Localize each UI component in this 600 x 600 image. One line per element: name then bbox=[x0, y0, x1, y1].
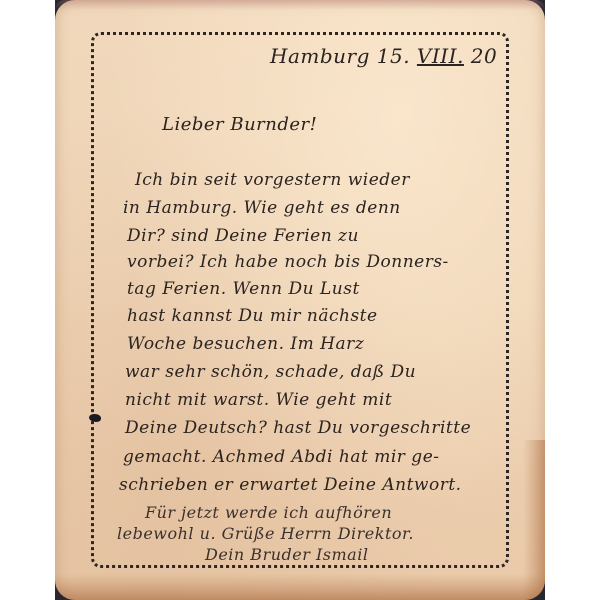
closing-line: lebewohl u. Grüße Herrn Direktor. bbox=[117, 524, 414, 543]
body-line: in Hamburg. Wie geht es denn bbox=[123, 198, 401, 218]
dateline-day: 15. bbox=[377, 44, 410, 68]
body-line: hast kannst Du mir nächste bbox=[127, 306, 378, 326]
salutation: Lieber Burnder! bbox=[162, 114, 317, 135]
body-line: gemacht. Achmed Abdi hat mir ge- bbox=[123, 447, 440, 467]
ink-blot bbox=[89, 414, 101, 422]
dateline-month: VIII. bbox=[417, 44, 464, 68]
body-line: Dir? sind Deine Ferien zu bbox=[127, 226, 359, 246]
scan-background: Hamburg 15. VIII. 20 Lieber Burnder! Ich… bbox=[55, 0, 545, 600]
body-line: Ich bin seit vorgestern wieder bbox=[135, 170, 410, 190]
dateline-place: Hamburg bbox=[270, 44, 370, 68]
body-line: schrieben er erwartet Deine Antwort. bbox=[119, 475, 462, 495]
body-line: nicht mit warst. Wie geht mit bbox=[125, 390, 392, 410]
body-line: Woche besuchen. Im Harz bbox=[127, 334, 364, 354]
body-line: war sehr schön, schade, daß Du bbox=[125, 362, 416, 382]
body-line: Deine Deutsch? hast Du vorgeschritte bbox=[125, 418, 471, 438]
body-line: vorbei? Ich habe noch bis Donners- bbox=[127, 252, 449, 272]
closing-line: Für jetzt werde ich aufhören bbox=[145, 503, 392, 522]
letter-card: Hamburg 15. VIII. 20 Lieber Burnder! Ich… bbox=[55, 0, 545, 600]
body-line: tag Ferien. Wenn Du Lust bbox=[127, 279, 360, 299]
signature: Dein Bruder Ismail bbox=[205, 545, 368, 564]
dateline: Hamburg 15. VIII. 20 bbox=[270, 44, 497, 68]
paper-stain-bottom bbox=[55, 574, 545, 600]
paper-stain-top bbox=[55, 0, 545, 10]
dateline-year: 20 bbox=[471, 44, 497, 68]
